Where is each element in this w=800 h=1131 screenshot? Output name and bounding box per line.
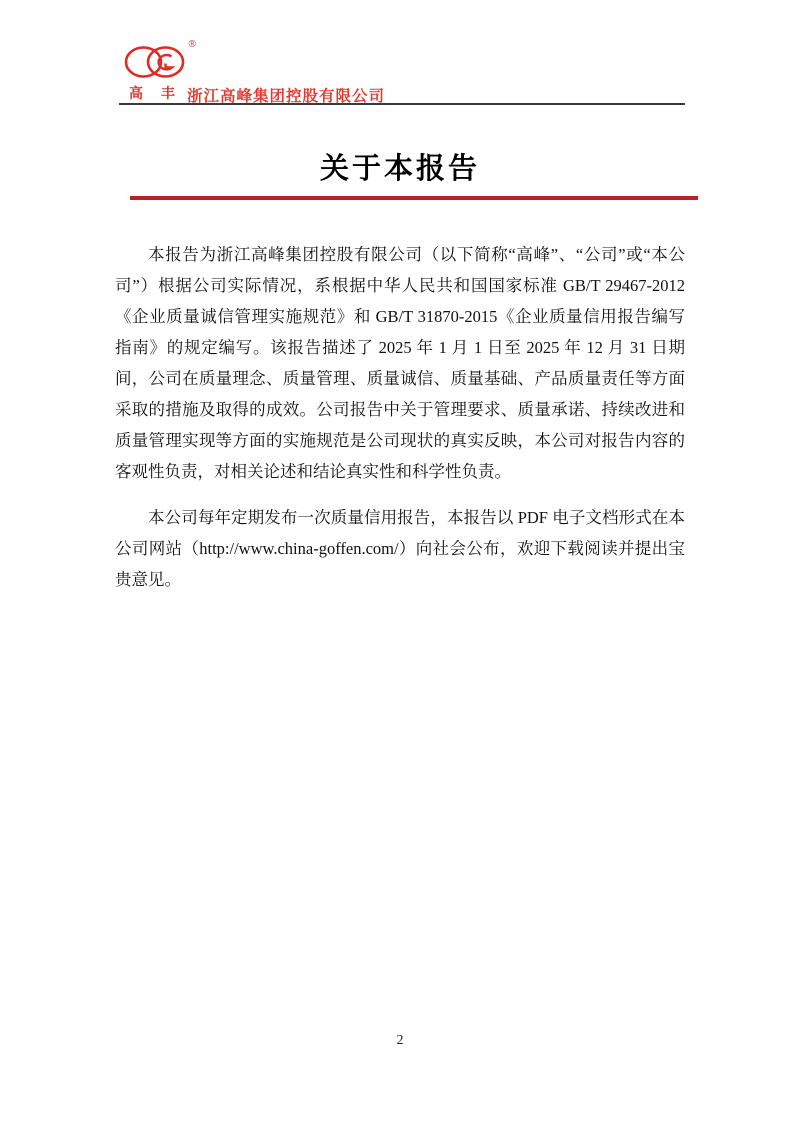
paragraph-report-basis: 本报告为浙江高峰集团控股有限公司（以下简称“高峰”、“公司”或“本公司”）根据公… — [115, 239, 685, 487]
page-footer: 2 — [0, 1031, 800, 1049]
report-page: ® 高 丰 浙江高峰集团控股有限公司 关于本报告 本报告为浙江高峰集团控股有限公… — [0, 0, 800, 1131]
page-title: 关于本报告 — [0, 146, 800, 187]
logo-brand-text: 高 丰 — [124, 83, 194, 103]
page-number: 2 — [397, 1033, 404, 1048]
registered-trademark-icon: ® — [189, 40, 196, 50]
report-body: 本报告为浙江高峰集团控股有限公司（以下简称“高峰”、“公司”或“本公司”）根据公… — [115, 239, 685, 595]
header-divider — [119, 103, 685, 105]
company-logo: ® 高 丰 — [124, 44, 194, 103]
paragraph-publication-info: 本公司每年定期发布一次质量信用报告，本报告以 PDF 电子文档形式在本公司网站（… — [115, 502, 685, 595]
title-accent-rule — [130, 196, 698, 200]
logo-mark-icon: ® — [124, 44, 186, 80]
